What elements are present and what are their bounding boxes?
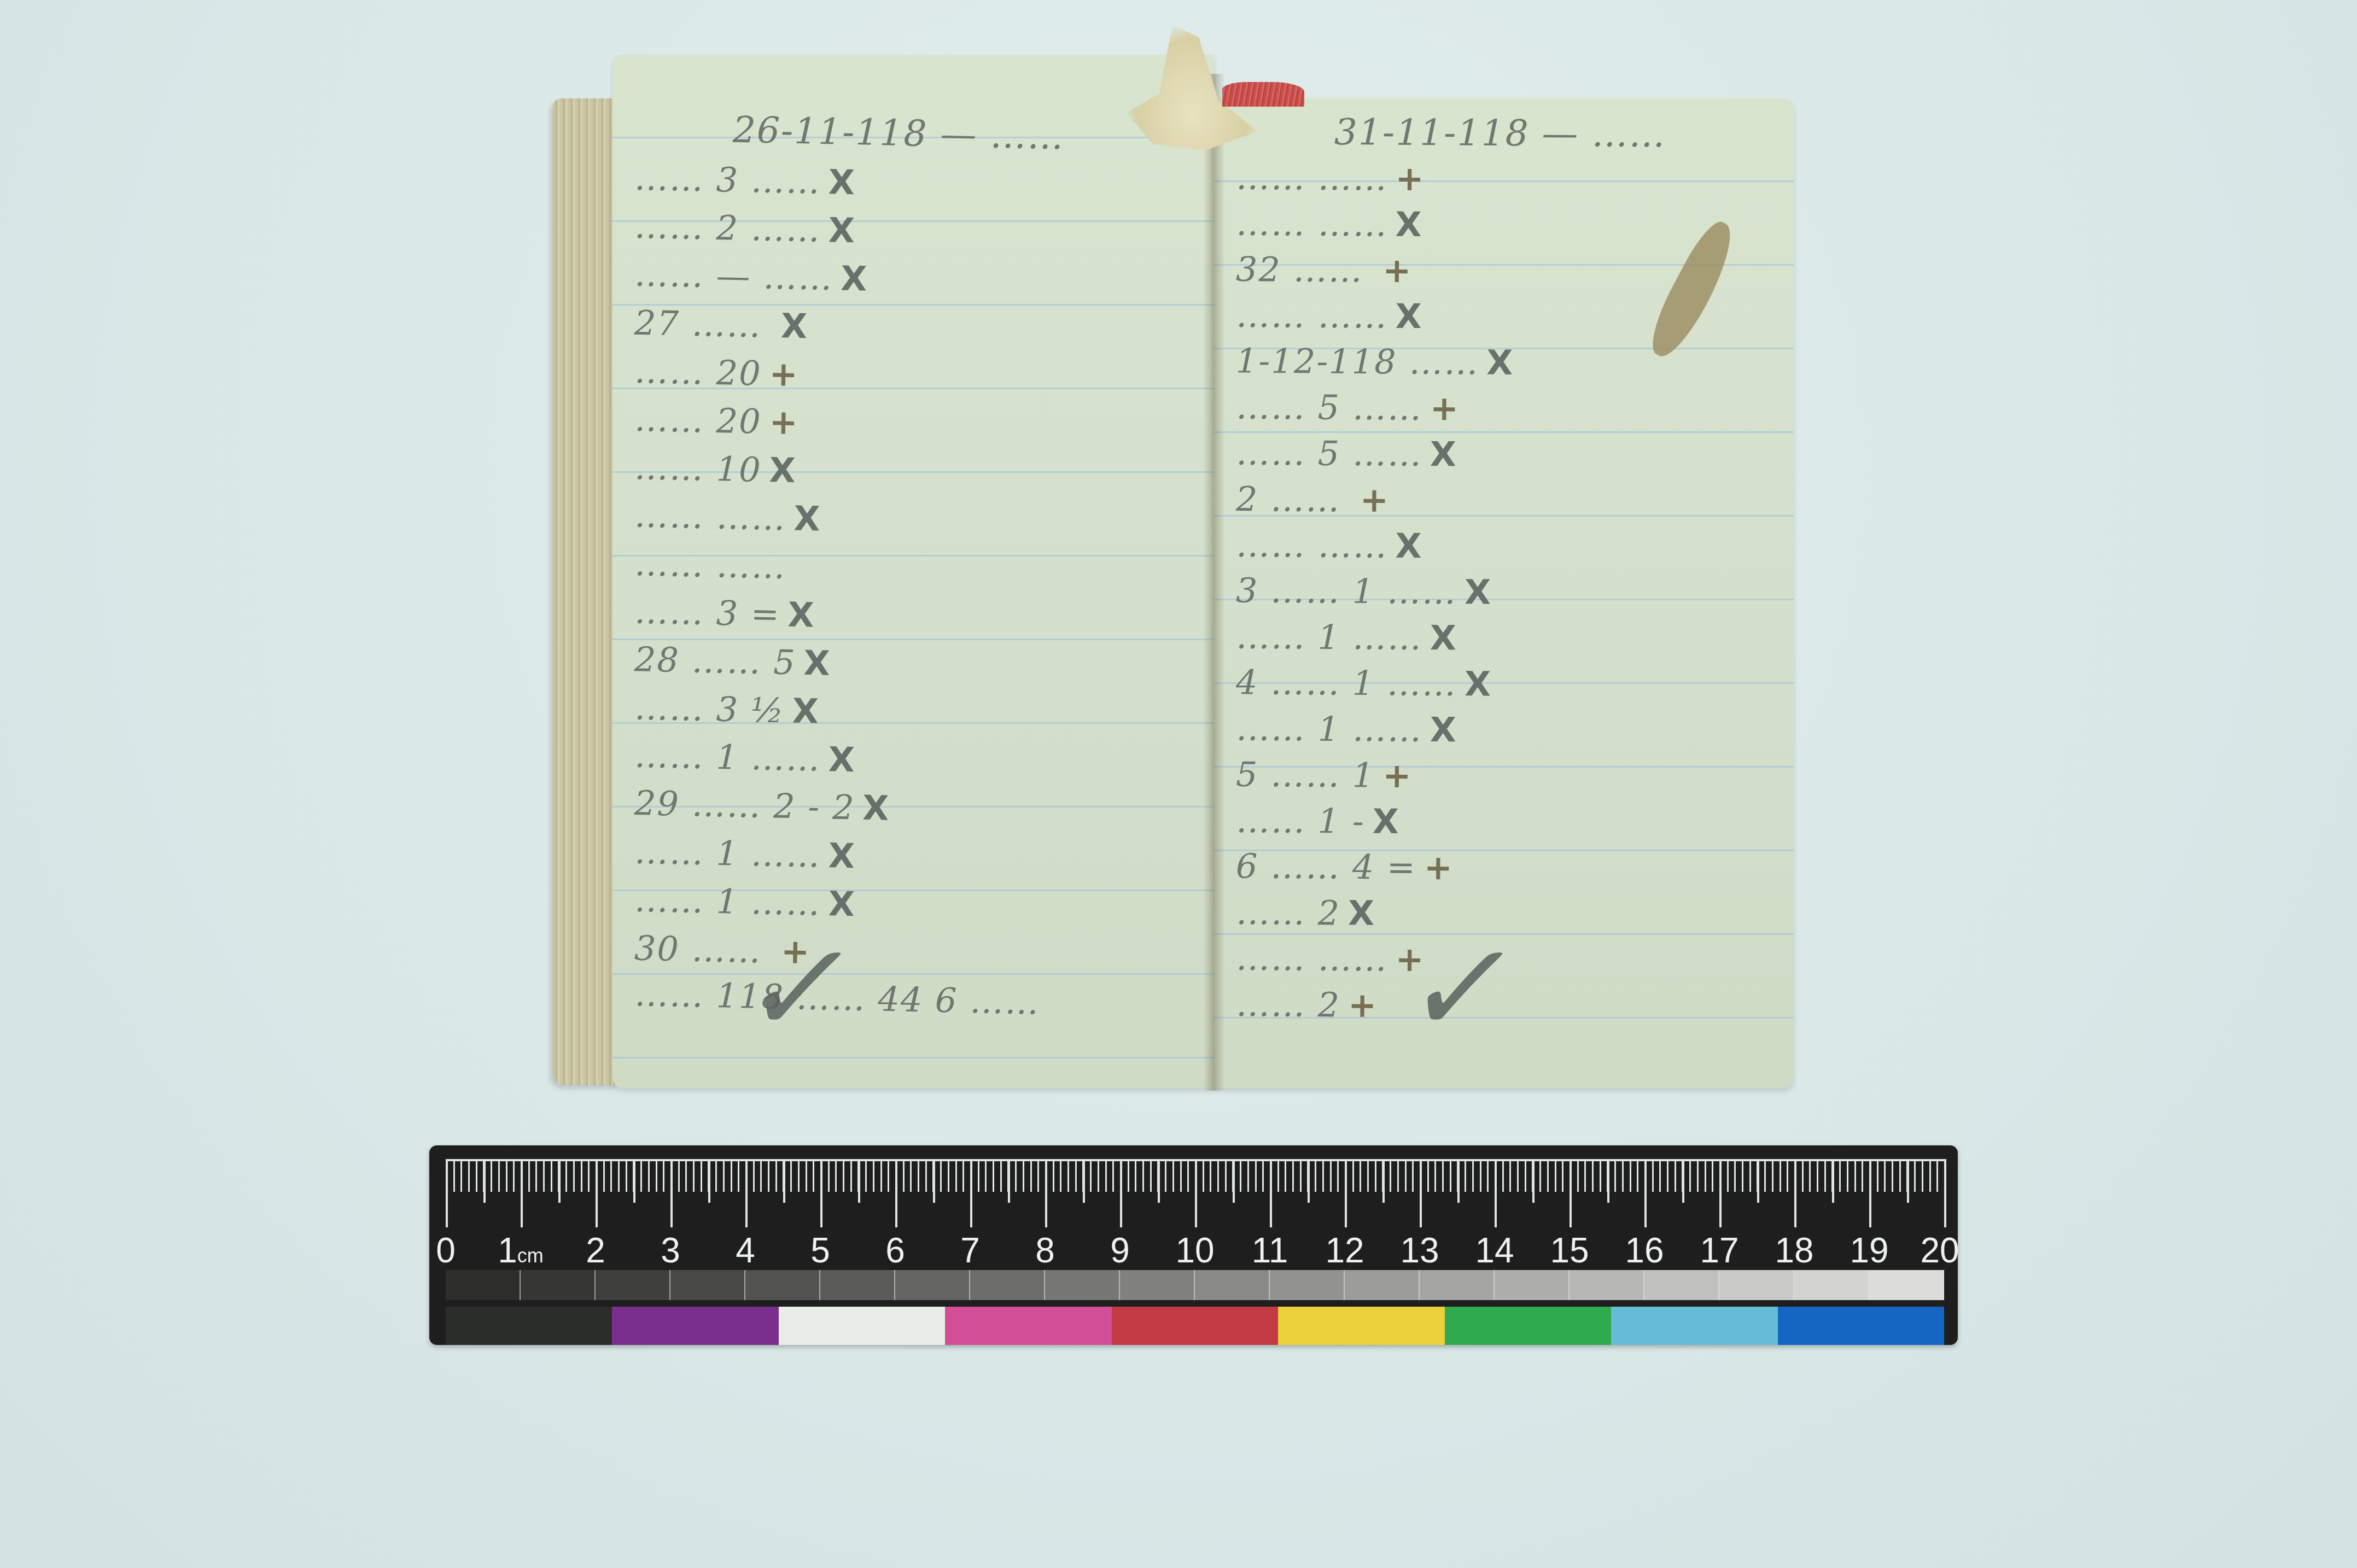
line-text: …… 1 …… (1236, 617, 1422, 658)
cm-label: 8 (1035, 1233, 1055, 1268)
handwritten-line: 1-12-118 ……X (1236, 341, 1514, 383)
cm-number: 16 (1625, 1231, 1664, 1270)
half-cm-tick (933, 1159, 935, 1203)
half-cm-tick (558, 1159, 561, 1203)
handwritten-line: 4 …… 1 ……X (1236, 662, 1492, 704)
handwritten-line: 6 …… 4 =+ (1236, 846, 1454, 888)
cross-mark-icon: X (828, 739, 856, 780)
line-text: …… 10 (634, 447, 762, 490)
cm-tick (1345, 1159, 1347, 1227)
gray-step (970, 1270, 1045, 1300)
page-stack-edge (552, 98, 618, 1085)
red-binding-thread (1222, 82, 1304, 107)
half-cm-tick (1907, 1159, 1909, 1203)
half-cm-tick (633, 1159, 635, 1203)
cm-tick (970, 1159, 972, 1227)
grayscale-strip (446, 1270, 1944, 1300)
line-text: …… 20 (634, 351, 762, 394)
cm-label: 18 (1775, 1233, 1813, 1268)
color-patch-green (1445, 1307, 1611, 1345)
cm-tick (446, 1159, 448, 1227)
cm-tick (1120, 1159, 1122, 1227)
line-text: …… …… (634, 495, 786, 538)
color-patch-black (446, 1307, 612, 1345)
handwritten-line: …… ……+ (1236, 938, 1425, 979)
plus-mark-icon: + (1395, 159, 1425, 198)
line-text: …… 1 …… (634, 735, 821, 779)
cm-number: 0 (436, 1231, 456, 1270)
line-text: 30 …… (634, 928, 774, 971)
line-text: …… 3 = (634, 592, 780, 635)
cm-label: 20 (1920, 1233, 1958, 1268)
line-text: 4 …… 1 …… (1236, 662, 1457, 704)
gray-step (1345, 1270, 1420, 1300)
cross-mark-icon: X (841, 258, 868, 299)
line-text: …… 20 (634, 399, 762, 442)
cm-number: 1 (498, 1231, 517, 1270)
plus-mark-icon: + (1382, 250, 1412, 290)
half-cm-tick (858, 1159, 860, 1203)
cm-number: 8 (1035, 1231, 1055, 1270)
cross-mark-icon: X (828, 210, 856, 250)
line-text: …… 5 …… (1236, 387, 1422, 428)
cross-mark-icon: X (1373, 801, 1400, 841)
handwritten-line: …… 1 ……X (1236, 617, 1457, 658)
handwritten-line: …… ……X (1236, 203, 1423, 244)
gray-step (1794, 1270, 1869, 1300)
cm-unit-label: cm (517, 1244, 544, 1267)
cm-tick (1869, 1159, 1871, 1227)
handwritten-line: 28 …… 5X (634, 639, 831, 683)
cm-label: 16 (1625, 1233, 1664, 1268)
line-text: 5 …… 1 (1236, 754, 1375, 795)
line-text: 2 …… (1236, 479, 1352, 519)
handwritten-line: 29 …… 2 - 2X (634, 783, 890, 828)
line-text: 32 …… (1236, 249, 1375, 290)
handwritten-line: 32 …… + (1236, 249, 1413, 290)
color-patch-strip (446, 1307, 1944, 1345)
cross-mark-icon: X (1465, 572, 1492, 612)
cm-label: 13 (1400, 1233, 1439, 1268)
gray-step (1120, 1270, 1195, 1300)
line-text: …… …… (1236, 203, 1388, 244)
cm-number: 14 (1475, 1231, 1514, 1270)
cm-tick (745, 1159, 748, 1227)
handwritten-line: 3 …… 1 ……X (1236, 570, 1492, 612)
handwritten-line: 27 …… X (634, 303, 809, 347)
cm-label: 7 (960, 1233, 980, 1268)
cm-tick (1944, 1159, 1946, 1227)
cm-number: 3 (661, 1231, 680, 1270)
gray-step (1495, 1270, 1570, 1300)
cross-mark-icon: X (1395, 204, 1422, 244)
cm-label: 15 (1550, 1233, 1589, 1268)
cross-mark-icon: X (862, 788, 890, 828)
line-text: 26-11-118 — …… (732, 109, 1065, 158)
cm-number: 19 (1850, 1231, 1888, 1270)
cross-mark-icon: X (1395, 526, 1422, 566)
cm-tick (1719, 1159, 1722, 1227)
cm-tick (1570, 1159, 1572, 1227)
cm-number: 2 (586, 1231, 605, 1270)
cm-number: 9 (1110, 1231, 1130, 1270)
cm-tick (1794, 1159, 1796, 1227)
cm-label: 10 (1175, 1233, 1214, 1268)
handwritten-line: 26-11-118 — …… (732, 109, 1065, 158)
gray-step (1869, 1270, 1944, 1300)
line-text: …… 2 …… (634, 206, 821, 250)
cm-number: 15 (1550, 1231, 1589, 1270)
line-text: …… 1 …… (1236, 709, 1422, 750)
line-text: …… …… (634, 543, 786, 587)
handwritten-line: …… 2+ (1236, 984, 1378, 1025)
line-text: 1-12-118 …… (1236, 341, 1479, 382)
cm-number: 12 (1325, 1231, 1364, 1270)
line-text: 28 …… 5 (634, 639, 796, 682)
color-patch-white (779, 1307, 945, 1345)
cm-number: 20 (1920, 1231, 1958, 1270)
gray-step (446, 1270, 521, 1300)
cross-mark-icon: X (803, 643, 831, 683)
handwritten-line: …… …… (634, 543, 786, 587)
notebook: 26-11-118 — ………… 3 ……X…… 2 ……X…… — ……X27… (552, 52, 1794, 1091)
cm-tick (1270, 1159, 1272, 1227)
cm-label: 14 (1475, 1233, 1514, 1268)
handwritten-line: …… ……X (1236, 295, 1423, 336)
line-text: …… …… (1236, 295, 1388, 336)
cm-label: 19 (1850, 1233, 1888, 1268)
gray-step (745, 1270, 820, 1300)
half-cm-tick (1607, 1159, 1609, 1203)
half-cm-tick (1008, 1159, 1010, 1203)
half-cm-tick (783, 1159, 785, 1203)
gray-step (1420, 1270, 1495, 1300)
cm-number: 4 (736, 1231, 755, 1270)
gray-step (1195, 1270, 1270, 1300)
cross-mark-icon: X (769, 450, 797, 490)
plus-mark-icon: + (1424, 847, 1454, 887)
cm-label: 3 (661, 1233, 680, 1268)
line-text: 3 …… 1 …… (1236, 570, 1457, 612)
handwritten-line: …… 1 ……X (634, 735, 856, 780)
line-text: …… 2 (1236, 892, 1341, 933)
cm-label: 1cm (498, 1233, 544, 1268)
scale-ruler: 01cm234567891011121314151617181920 (429, 1145, 1958, 1345)
half-cm-tick (708, 1159, 710, 1203)
handwritten-line: …… — ……X (634, 254, 868, 299)
cm-label: 6 (885, 1233, 905, 1268)
cm-label: 17 (1700, 1233, 1738, 1268)
cm-number: 10 (1175, 1231, 1214, 1270)
cm-number: 11 (1252, 1231, 1288, 1270)
gray-step (596, 1270, 670, 1300)
cm-tick (1644, 1159, 1647, 1227)
line-text: 29 …… 2 - 2 (634, 783, 855, 827)
cm-label: 0 (436, 1233, 456, 1268)
handwritten-line: …… 20+ (634, 351, 799, 394)
handwritten-line: …… 1 ……X (1236, 709, 1457, 750)
handwritten-line: …… 3 ½X (634, 687, 820, 731)
handwritten-line: …… 3 ……X (634, 158, 856, 202)
cm-label: 9 (1110, 1233, 1130, 1268)
cross-mark-icon: X (1430, 710, 1457, 750)
line-text: …… …… (1236, 525, 1388, 566)
line-text: …… 1 - (1236, 800, 1365, 841)
cross-mark-icon: X (792, 691, 820, 732)
cm-label: 5 (810, 1233, 830, 1268)
cm-tick (1195, 1159, 1197, 1227)
gray-step (1644, 1270, 1719, 1300)
line-text: …… 2 (1236, 984, 1341, 1025)
color-patch-purple (612, 1307, 778, 1345)
plus-mark-icon: + (1348, 985, 1378, 1025)
line-text: …… 3 …… (634, 158, 821, 202)
cm-tick (670, 1159, 673, 1227)
cm-tick (820, 1159, 822, 1227)
color-patch-red (1112, 1307, 1278, 1345)
handwritten-line: …… 20+ (634, 399, 799, 442)
cm-tick (1420, 1159, 1422, 1227)
binding-gutter (1203, 74, 1225, 1091)
handwritten-line: 31-11-118 — …… (1334, 111, 1666, 155)
ruler-scale: 01cm234567891011121314151617181920 (446, 1159, 1944, 1268)
line-text: …… …… (1236, 938, 1388, 979)
half-cm-tick (1532, 1159, 1535, 1203)
half-cm-tick (1832, 1159, 1834, 1203)
handwritten-line: 2 …… + (1236, 479, 1390, 520)
gray-step (1045, 1270, 1120, 1300)
color-patch-cyan (1611, 1307, 1777, 1345)
cm-number: 13 (1400, 1231, 1439, 1270)
gray-step (1719, 1270, 1794, 1300)
cross-mark-icon: X (1430, 618, 1457, 658)
cross-mark-icon: X (1486, 342, 1514, 382)
gray-step (820, 1270, 895, 1300)
line-text: …… …… (1236, 157, 1388, 198)
handwritten-line: …… 2 ……X (634, 206, 856, 250)
handwritten-line: …… 2X (1236, 892, 1375, 933)
cm-number: 5 (810, 1231, 830, 1270)
gray-step (521, 1270, 596, 1300)
half-cm-tick (1382, 1159, 1385, 1203)
cm-number: 7 (960, 1231, 980, 1270)
half-cm-tick (483, 1159, 486, 1203)
cross-mark-icon: X (1465, 664, 1492, 704)
cross-mark-icon: X (1348, 893, 1375, 933)
handwritten-line: …… 10X (634, 447, 797, 490)
color-patch-yellow (1278, 1307, 1444, 1345)
gray-step (1270, 1270, 1345, 1300)
plus-mark-icon: + (769, 354, 799, 394)
cross-mark-icon: X (1430, 434, 1457, 474)
handwritten-line: …… 5 ……+ (1236, 387, 1460, 429)
handwritten-line: 5 …… 1+ (1236, 754, 1413, 795)
half-cm-tick (1308, 1159, 1310, 1203)
cm-label: 2 (586, 1233, 605, 1268)
cm-number: 6 (885, 1231, 905, 1270)
half-cm-tick (1457, 1159, 1460, 1203)
handwritten-line: …… ……X (1236, 525, 1423, 566)
half-cm-tick (1233, 1159, 1235, 1203)
handwritten-line: …… 5 ……X (1236, 433, 1457, 475)
plus-mark-icon: + (1360, 480, 1390, 520)
cross-mark-icon: X (828, 162, 856, 202)
cross-mark-icon: X (781, 306, 809, 346)
cross-mark-icon: X (1395, 296, 1422, 336)
cross-mark-icon: X (787, 594, 815, 635)
line-text: 6 …… 4 = (1236, 846, 1416, 887)
half-cm-tick (1158, 1159, 1160, 1203)
cm-tick (521, 1159, 523, 1227)
cm-tick (895, 1159, 897, 1227)
cm-label: 4 (736, 1233, 755, 1268)
line-text: 31-11-118 — …… (1334, 111, 1666, 155)
half-cm-tick (1682, 1159, 1684, 1203)
cross-mark-icon: X (828, 835, 856, 876)
handwritten-line: …… 1 -X (1236, 800, 1400, 841)
cm-tick (1495, 1159, 1497, 1227)
cm-tick (596, 1159, 598, 1227)
plus-mark-icon: + (1382, 756, 1412, 795)
cm-tick (1045, 1159, 1047, 1227)
plus-mark-icon: + (1430, 388, 1460, 428)
handwritten-line: …… 3 =X (634, 592, 815, 635)
half-cm-tick (1083, 1159, 1085, 1203)
cm-label: 12 (1325, 1233, 1364, 1268)
gray-step (1570, 1270, 1644, 1300)
handwritten-line: …… ……+ (1236, 157, 1425, 198)
cm-number: 17 (1700, 1231, 1738, 1270)
line-text: …… — …… (634, 254, 833, 299)
gray-step (895, 1270, 970, 1300)
color-patch-magenta (945, 1307, 1111, 1345)
plus-mark-icon: + (769, 402, 799, 442)
cm-number: 18 (1775, 1231, 1813, 1270)
color-patch-blue (1778, 1307, 1944, 1345)
line-text: …… 1 …… (634, 832, 821, 875)
line-text: …… 3 ½ (634, 687, 785, 730)
cross-mark-icon: X (794, 499, 821, 539)
cm-label: 11 (1252, 1233, 1288, 1268)
handwritten-line: …… 1 ……X (634, 832, 856, 876)
line-text: 27 …… (634, 303, 774, 346)
half-cm-tick (1757, 1159, 1759, 1203)
gray-step (670, 1270, 745, 1300)
line-text: …… 5 …… (1236, 433, 1422, 474)
handwritten-line: …… ……X (634, 495, 821, 539)
